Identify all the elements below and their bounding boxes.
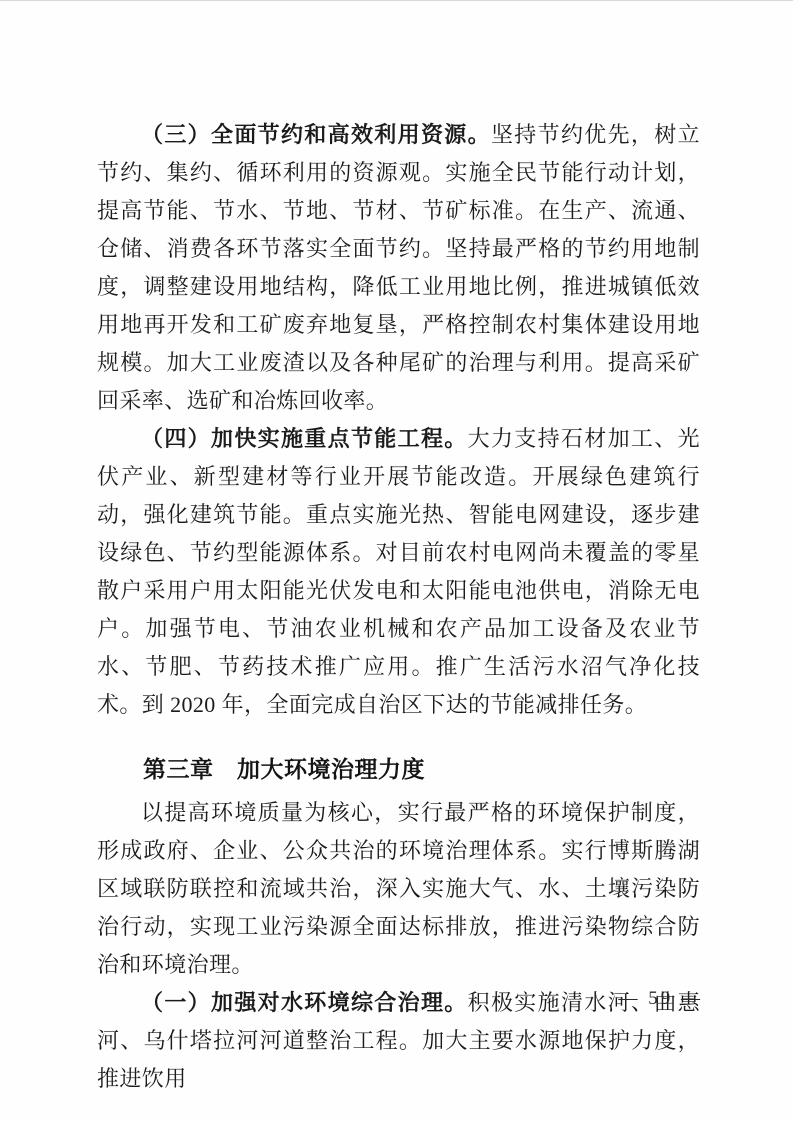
paragraph-body-chapter-intro: 以提高环境质量为核心，实行最严格的环境保护制度，形成政府、企业、公众共治的环境治… bbox=[97, 800, 700, 977]
chapter-heading: 第三章 加大环境治理力度 bbox=[97, 749, 700, 789]
paragraph-lead-energy-saving-projects: （四）加快实施重点节能工程。 bbox=[141, 426, 468, 451]
document-page: （三）全面节约和高效利用资源。坚持节约优先，树立节约、集约、循环利用的资源观。实… bbox=[0, 0, 793, 1122]
paragraph-lead-resource-conservation: （三）全面节约和高效利用资源。 bbox=[141, 122, 491, 147]
paragraph-chapter-intro: 以提高环境质量为核心，实行最严格的环境保护制度，形成政府、企业、公众共治的环境治… bbox=[97, 794, 700, 984]
page-content: （三）全面节约和高效利用资源。坚持节约优先，树立节约、集约、循环利用的资源观。实… bbox=[97, 116, 700, 1098]
paragraph-body-resource-conservation: 坚持节约优先，树立节约、集约、循环利用的资源观。实施全民节能行动计划，提高节能、… bbox=[97, 122, 700, 413]
page-number: — 59 — bbox=[619, 987, 704, 1011]
paragraph-body-energy-saving-projects: 大力支持石材加工、光伏产业、新型建材等行业开展节能改造。开展绿色建筑行动，强化建… bbox=[97, 426, 700, 717]
page-top-edge bbox=[0, 0, 793, 1]
paragraph-energy-saving-projects: （四）加快实施重点节能工程。大力支持石材加工、光伏产业、新型建材等行业开展节能改… bbox=[97, 420, 700, 724]
paragraph-resource-conservation: （三）全面节约和高效利用资源。坚持节约优先，树立节约、集约、循环利用的资源观。实… bbox=[97, 116, 700, 420]
paragraph-lead-water-environment: （一）加强对水环境综合治理。 bbox=[141, 990, 468, 1015]
paragraph-water-environment: （一）加强对水环境综合治理。积极实施清水河、曲惠河、乌什塔拉河河道整治工程。加大… bbox=[97, 984, 700, 1098]
